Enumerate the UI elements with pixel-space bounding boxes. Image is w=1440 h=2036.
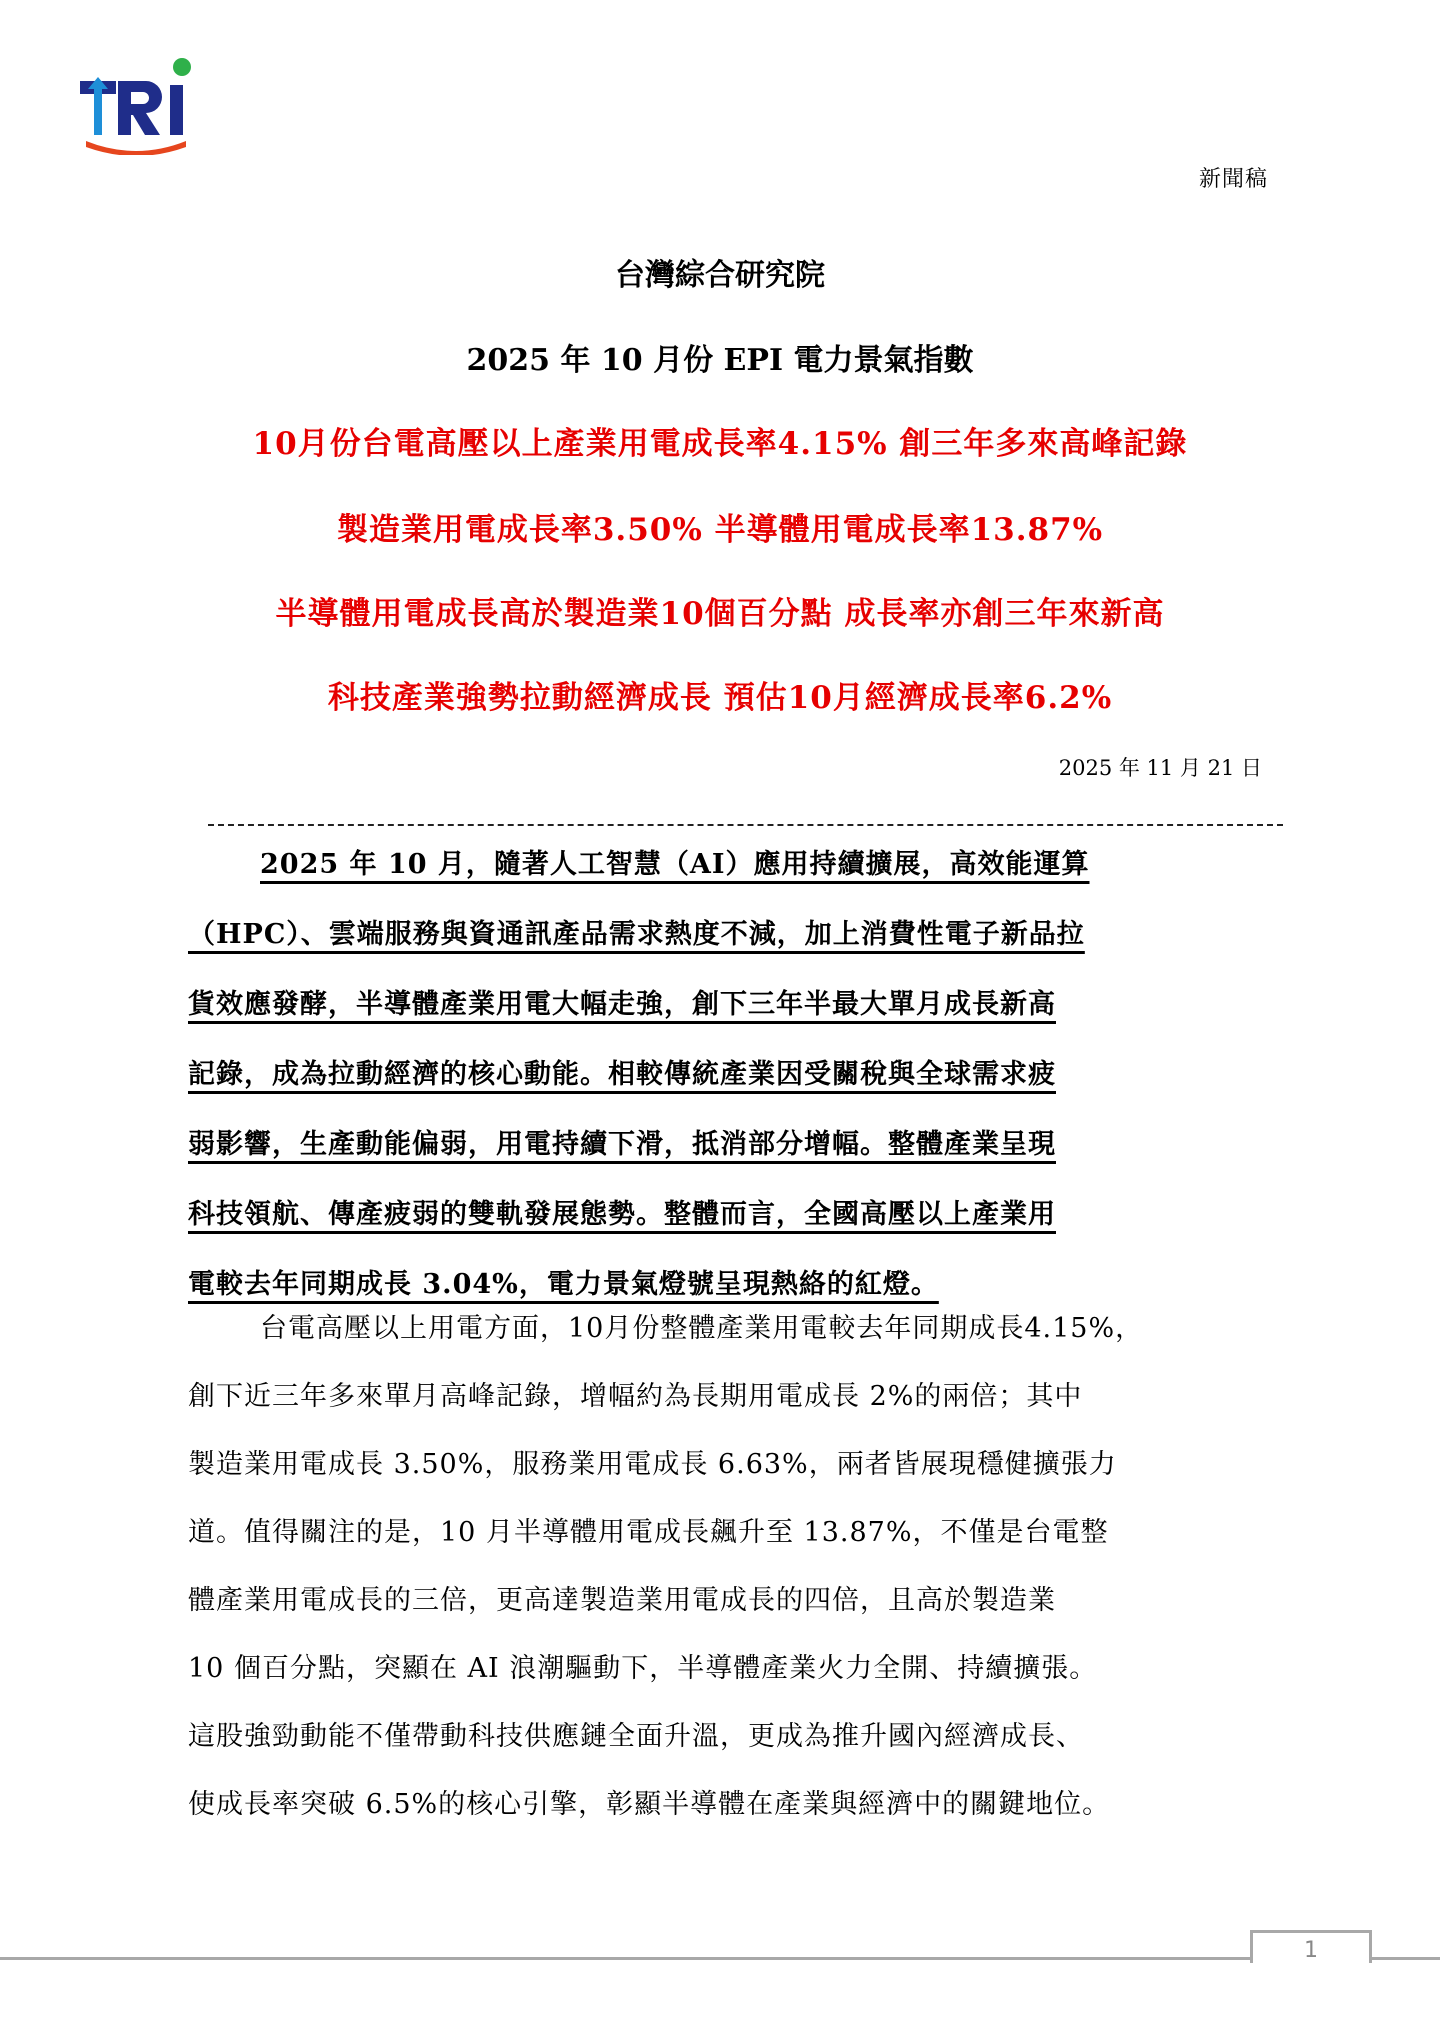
- body-line: 體產業用電成長的三倍，更高達製造業用電成長的四倍，且高於製造業: [188, 1578, 1056, 1617]
- body-line: 創下近三年多來單月高峰記錄，增幅約為長期用電成長 2%的兩倍；其中: [188, 1374, 1082, 1413]
- summary-line: 2025 年 10 月，隨著人工智慧（AI）應用持續擴展，高效能運算: [260, 842, 1090, 881]
- tri-logo-icon: [78, 55, 198, 155]
- headline-4: 科技產業強勢拉動經濟成長 預估10月經濟成長率6.2%: [0, 672, 1440, 717]
- summary-line: 電較去年同期成長 3.04%，電力景氣燈號呈現熱絡的紅燈。: [188, 1262, 939, 1301]
- footer-rule-left: [0, 1957, 1253, 1960]
- body-line: 10 個百分點，突顯在 AI 浪潮驅動下，半導體產業火力全開、持續擴張。: [188, 1646, 1097, 1685]
- summary-line: 記錄，成為拉動經濟的核心動能。相較傳統產業因受關稅與全球需求疲: [188, 1052, 1056, 1091]
- body-line: 這股強勁動能不僅帶動科技供應鏈全面升溫，更成為推升國內經濟成長、: [188, 1714, 1084, 1753]
- headline-2: 製造業用電成長率3.50% 半導體用電成長率13.87%: [0, 504, 1440, 549]
- report-title: 2025 年 10 月份 EPI 電力景氣指數: [0, 335, 1440, 379]
- body-line: 使成長率突破 6.5%的核心引擎，彰顯半導體在產業與經濟中的關鍵地位。: [188, 1782, 1110, 1821]
- summary-line: （HPC）、雲端服務與資通訊產品需求熱度不減，加上消費性電子新品拉: [188, 912, 1085, 951]
- headline-1: 10月份台電高壓以上產業用電成長率4.15% 創三年多來高峰記錄: [0, 418, 1440, 463]
- page-number: 1: [1250, 1930, 1372, 1963]
- summary-line: 科技領航、傳產疲弱的雙軌發展態勢。整體而言，全國高壓以上產業用: [188, 1192, 1056, 1231]
- organization-title: 台灣綜合研究院: [0, 250, 1440, 294]
- dashed-divider: [208, 824, 1283, 826]
- summary-line: 貨效應發酵，半導體產業用電大幅走強，創下三年半最大單月成長新高: [188, 982, 1056, 1021]
- summary-line: 弱影響，生產動能偏弱，用電持續下滑，抵消部分增幅。整體產業呈現: [188, 1122, 1056, 1161]
- headline-3: 半導體用電成長高於製造業10個百分點 成長率亦創三年來新高: [0, 588, 1440, 633]
- footer-rule-right: [1366, 1957, 1440, 1960]
- body-line: 製造業用電成長 3.50%，服務業用電成長 6.63%，兩者皆展現穩健擴張力: [188, 1442, 1117, 1481]
- tri-logo: [78, 55, 198, 155]
- body-line: 台電高壓以上用電方面，10月份整體產業用電較去年同期成長4.15%，: [260, 1306, 1143, 1345]
- release-date: 2025 年 11 月 21 日: [1059, 752, 1262, 782]
- body-line: 道。值得關注的是，10 月半導體用電成長飆升至 13.87%，不僅是台電整: [188, 1510, 1108, 1549]
- document-type-label: 新聞稿: [1199, 162, 1268, 193]
